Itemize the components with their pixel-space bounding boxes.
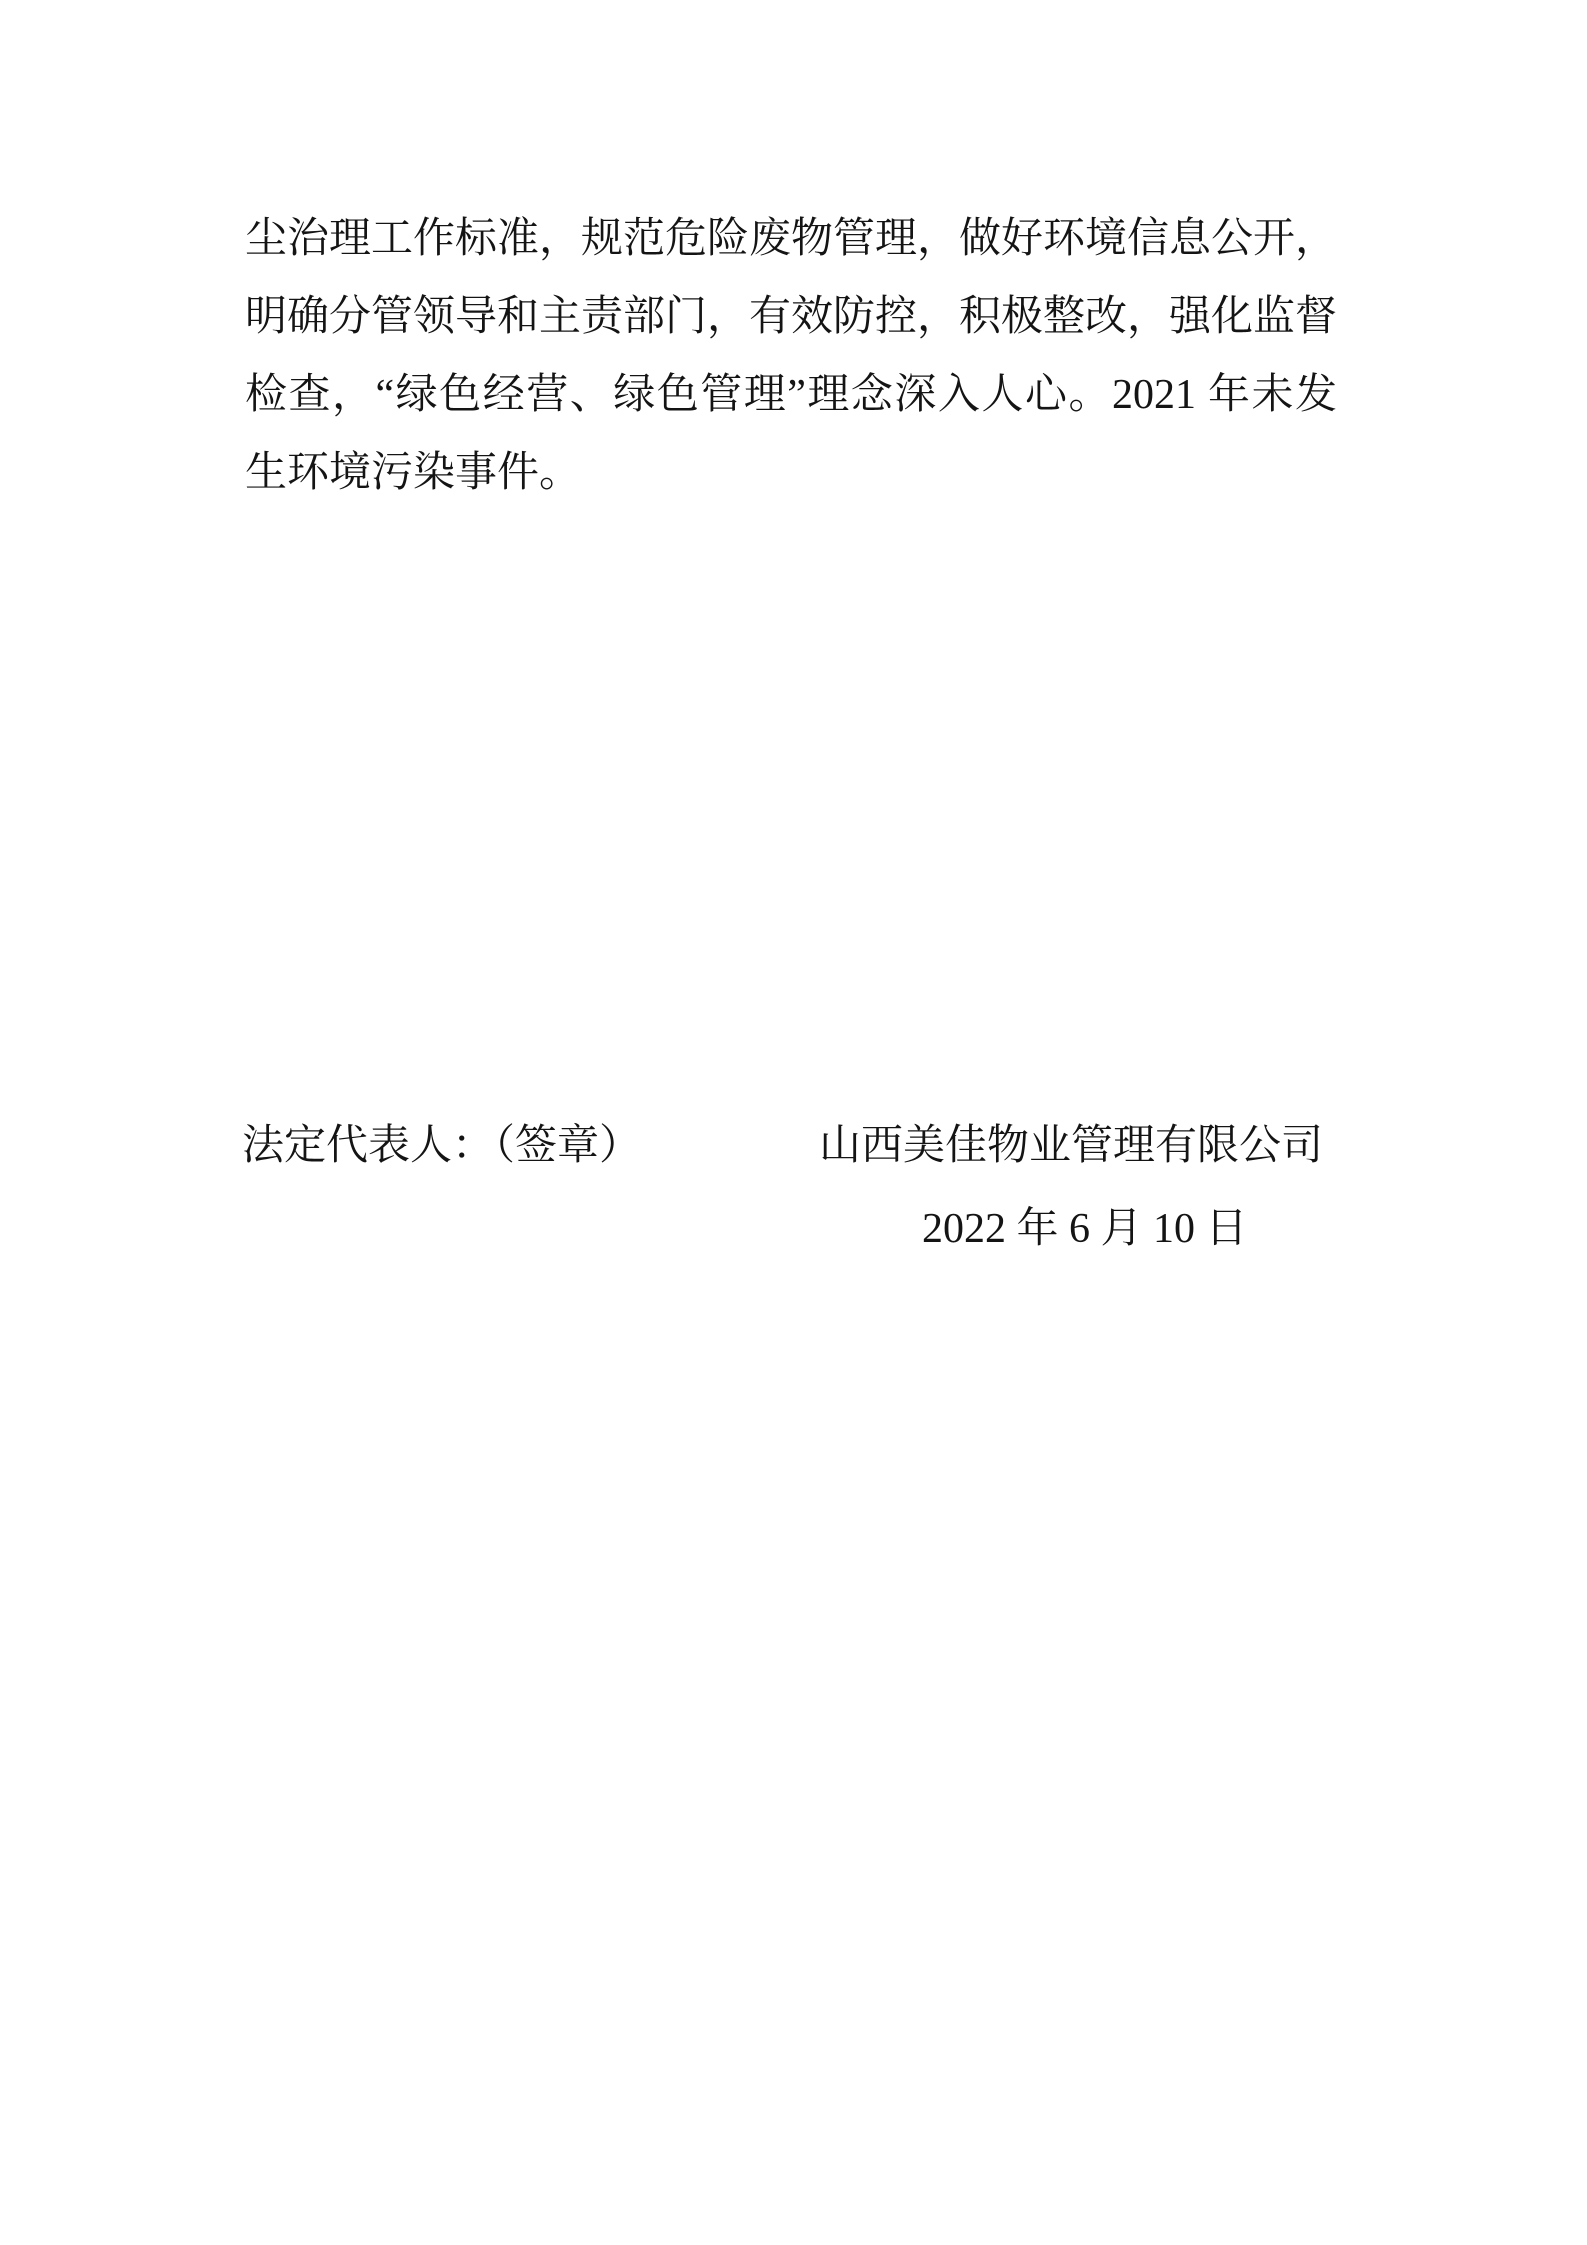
paragraph-line: 生环境污染事件。 (245, 434, 1337, 512)
company-name: 山西美佳物业管理有限公司 (819, 1107, 1323, 1185)
paragraph-line: 检查，“绿色经营、绿色管理”理念深入人心。2021 年未发 (245, 356, 1337, 434)
paragraph-line: 尘治理工作标准，规范危险废物管理，做好环境信息公开， (245, 200, 1337, 278)
legal-representative-label: 法定代表人：（签章） (242, 1107, 641, 1185)
document-page: 尘治理工作标准，规范危险废物管理，做好环境信息公开， 明确分管领导和主责部门，有… (0, 0, 1587, 2245)
signature-date: 2022 年 6 月 10 日 (922, 1190, 1248, 1268)
paragraph-line: 明确分管领导和主责部门，有效防控，积极整改，强化监督 (245, 278, 1337, 356)
body-paragraph: 尘治理工作标准，规范危险废物管理，做好环境信息公开， 明确分管领导和主责部门，有… (245, 200, 1337, 512)
